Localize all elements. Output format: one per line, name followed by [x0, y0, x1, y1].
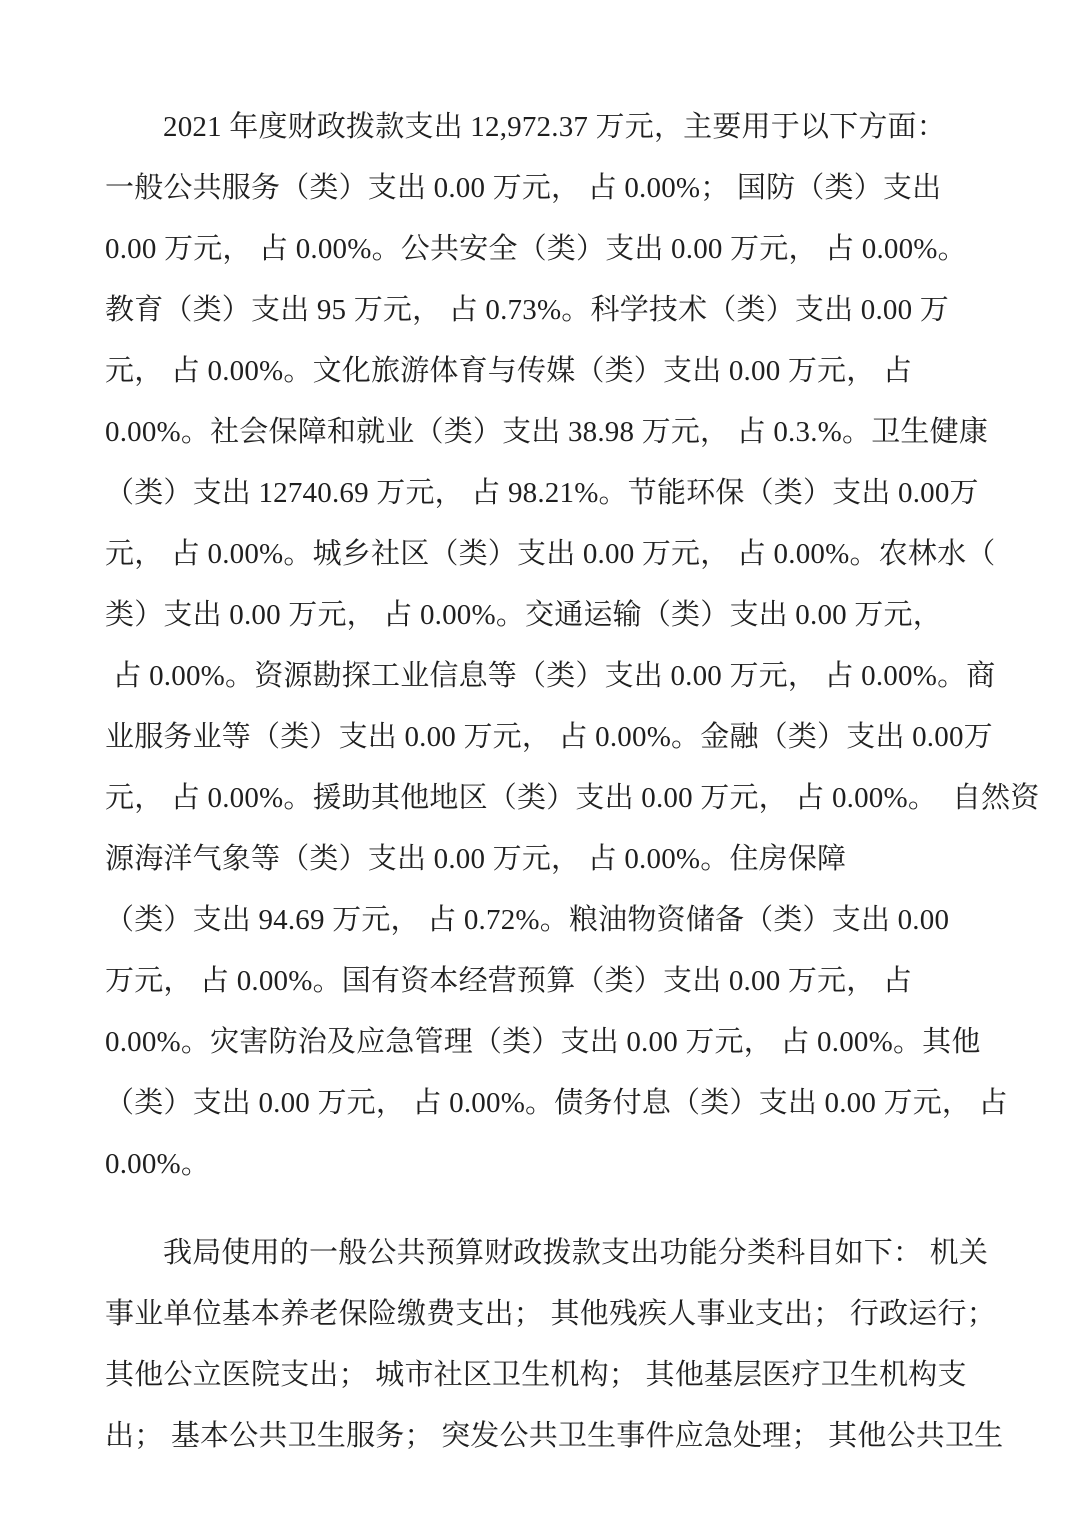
text-line: 一般公共服务（类）支出 0.00 万元， 占 0.00%； 国防（类）支出 [105, 158, 979, 219]
text-line: 占 0.00%。资源勘探工业信息等（类）支出 0.00 万元， 占 0.00%。… [105, 646, 979, 707]
text-line: 元， 占 0.00%。援助其他地区（类）支出 0.00 万元， 占 0.00%。… [105, 768, 979, 829]
text-line: 0.00%。社会保障和就业（类）支出 38.98 万元， 占 0.3.%。卫生健… [105, 402, 979, 463]
text-line: 教育（类）支出 95 万元， 占 0.73%。科学技术（类）支出 0.00 万 [105, 280, 979, 341]
text-line: 我局使用的一般公共预算财政拨款支出功能分类科目如下： 机关 [105, 1223, 979, 1284]
text-line: 事业单位基本养老保险缴费支出； 其他残疾人事业支出； 行政运行； [105, 1284, 979, 1345]
document-page: 2021 年度财政拨款支出 12,972.37 万元，主要用于以下方面： 一般公… [0, 0, 1074, 1518]
text-line: 类）支出 0.00 万元， 占 0.00%。交通运输（类）支出 0.00 万元， [105, 585, 979, 646]
text-line: 源海洋气象等（类）支出 0.00 万元， 占 0.00%。住房保障 [105, 829, 979, 890]
fiscal-expenditure-paragraph: 2021 年度财政拨款支出 12,972.37 万元，主要用于以下方面： 一般公… [105, 97, 979, 1195]
text-line: 业服务业等（类）支出 0.00 万元， 占 0.00%。金融（类）支出 0.00… [105, 707, 979, 768]
text-line: 0.00 万元， 占 0.00%。公共安全（类）支出 0.00 万元， 占 0.… [105, 219, 979, 280]
text-line: （类）支出 12740.69 万元， 占 98.21%。节能环保（类）支出 0.… [105, 463, 979, 524]
text-line: （类）支出 0.00 万元， 占 0.00%。债务付息（类）支出 0.00 万元… [105, 1073, 979, 1134]
text-line: 2021 年度财政拨款支出 12,972.37 万元，主要用于以下方面： [105, 97, 979, 158]
text-line: 元， 占 0.00%。文化旅游体育与传媒（类）支出 0.00 万元， 占 [105, 341, 979, 402]
budget-classification-paragraph: 我局使用的一般公共预算财政拨款支出功能分类科目如下： 机关 事业单位基本养老保险… [105, 1223, 979, 1467]
text-line: 出； 基本公共卫生服务； 突发公共卫生事件应急处理； 其他公共卫生 [105, 1406, 979, 1467]
text-line: 0.00%。 [105, 1134, 979, 1195]
text-line: 万元， 占 0.00%。国有资本经营预算（类）支出 0.00 万元， 占 [105, 951, 979, 1012]
text-line: 元， 占 0.00%。城乡社区（类）支出 0.00 万元， 占 0.00%。农林… [105, 524, 979, 585]
text-line: 0.00%。灾害防治及应急管理（类）支出 0.00 万元， 占 0.00%。其他 [105, 1012, 979, 1073]
text-line: （类）支出 94.69 万元， 占 0.72%。粮油物资储备（类）支出 0.00 [105, 890, 979, 951]
text-line: 其他公立医院支出； 城市社区卫生机构； 其他基层医疗卫生机构支 [105, 1345, 979, 1406]
